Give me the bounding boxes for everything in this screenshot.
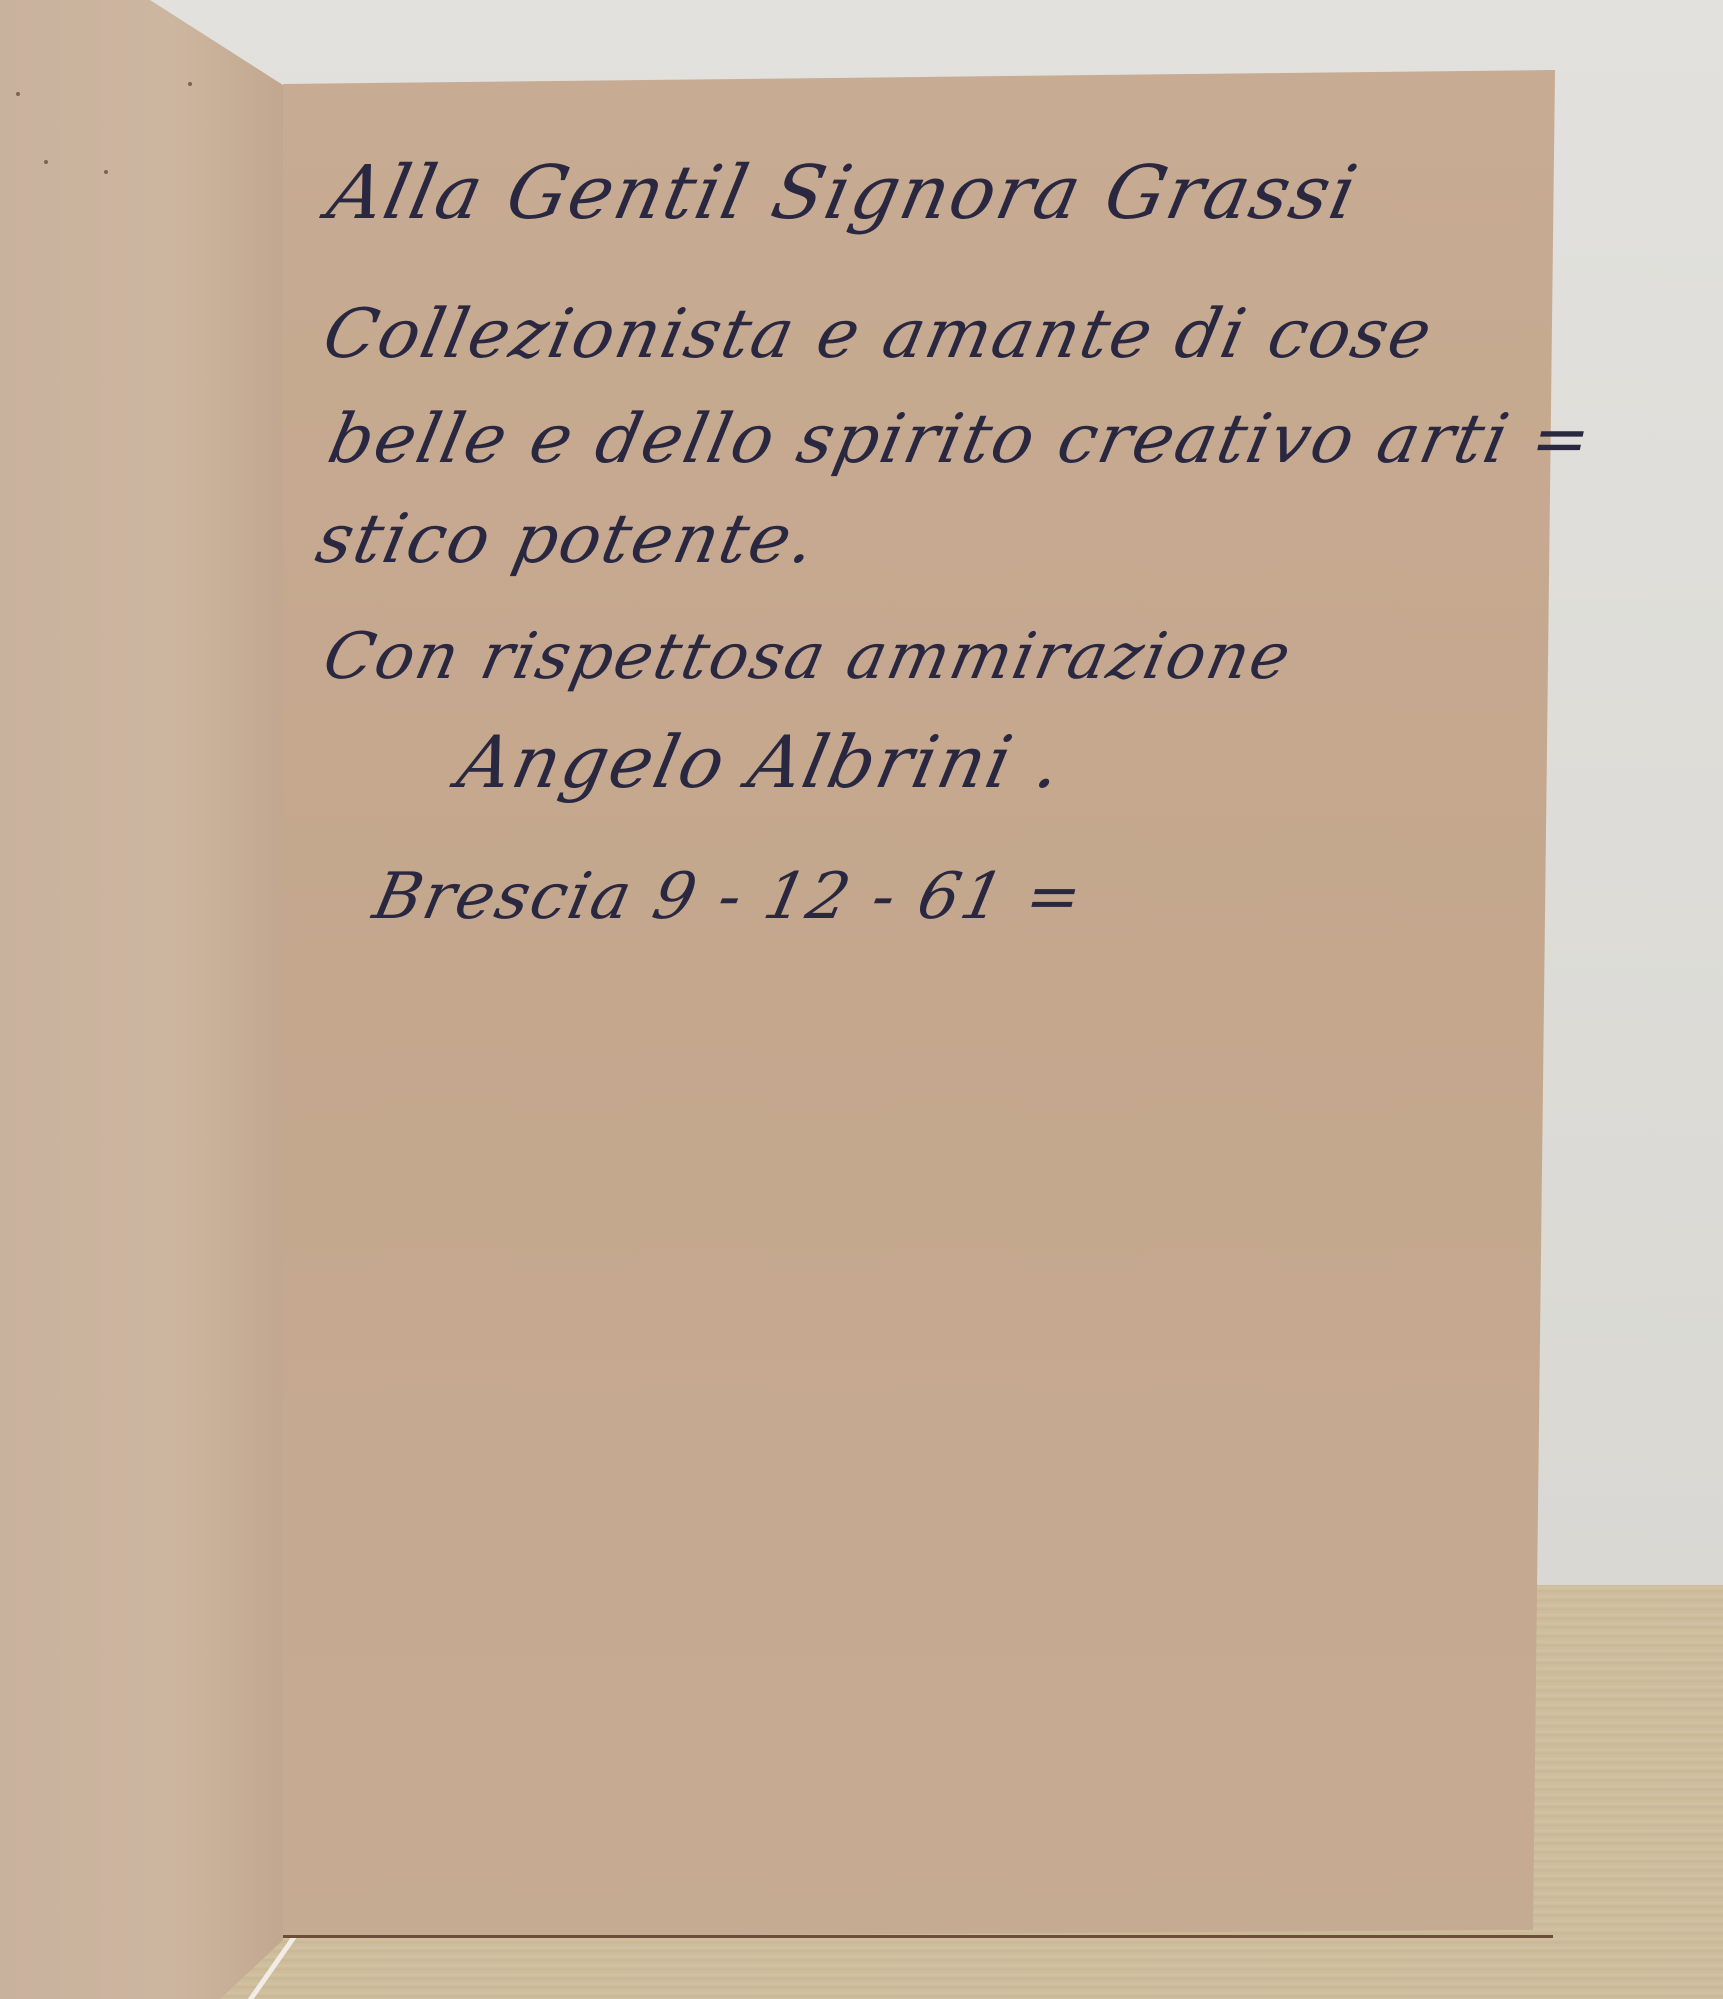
inscription-line-3: belle e dello spirito creativo arti = [322,400,1600,479]
inscription-line-2: Collezionista e amante di cose [317,295,1440,374]
place-and-date: Brescia 9 - 12 - 61 = [367,860,1090,934]
signature: Angelo Albrini . [451,720,1071,804]
inscription-line-5: Con rispettosa ammirazione [317,620,1298,694]
handwritten-inscription: Alla Gentil Signora Grassi Collezionista… [0,0,1723,1999]
inscription-line-4: stico potente. [310,500,824,579]
inscription-line-1: Alla Gentil Signora Grassi [321,150,1366,236]
